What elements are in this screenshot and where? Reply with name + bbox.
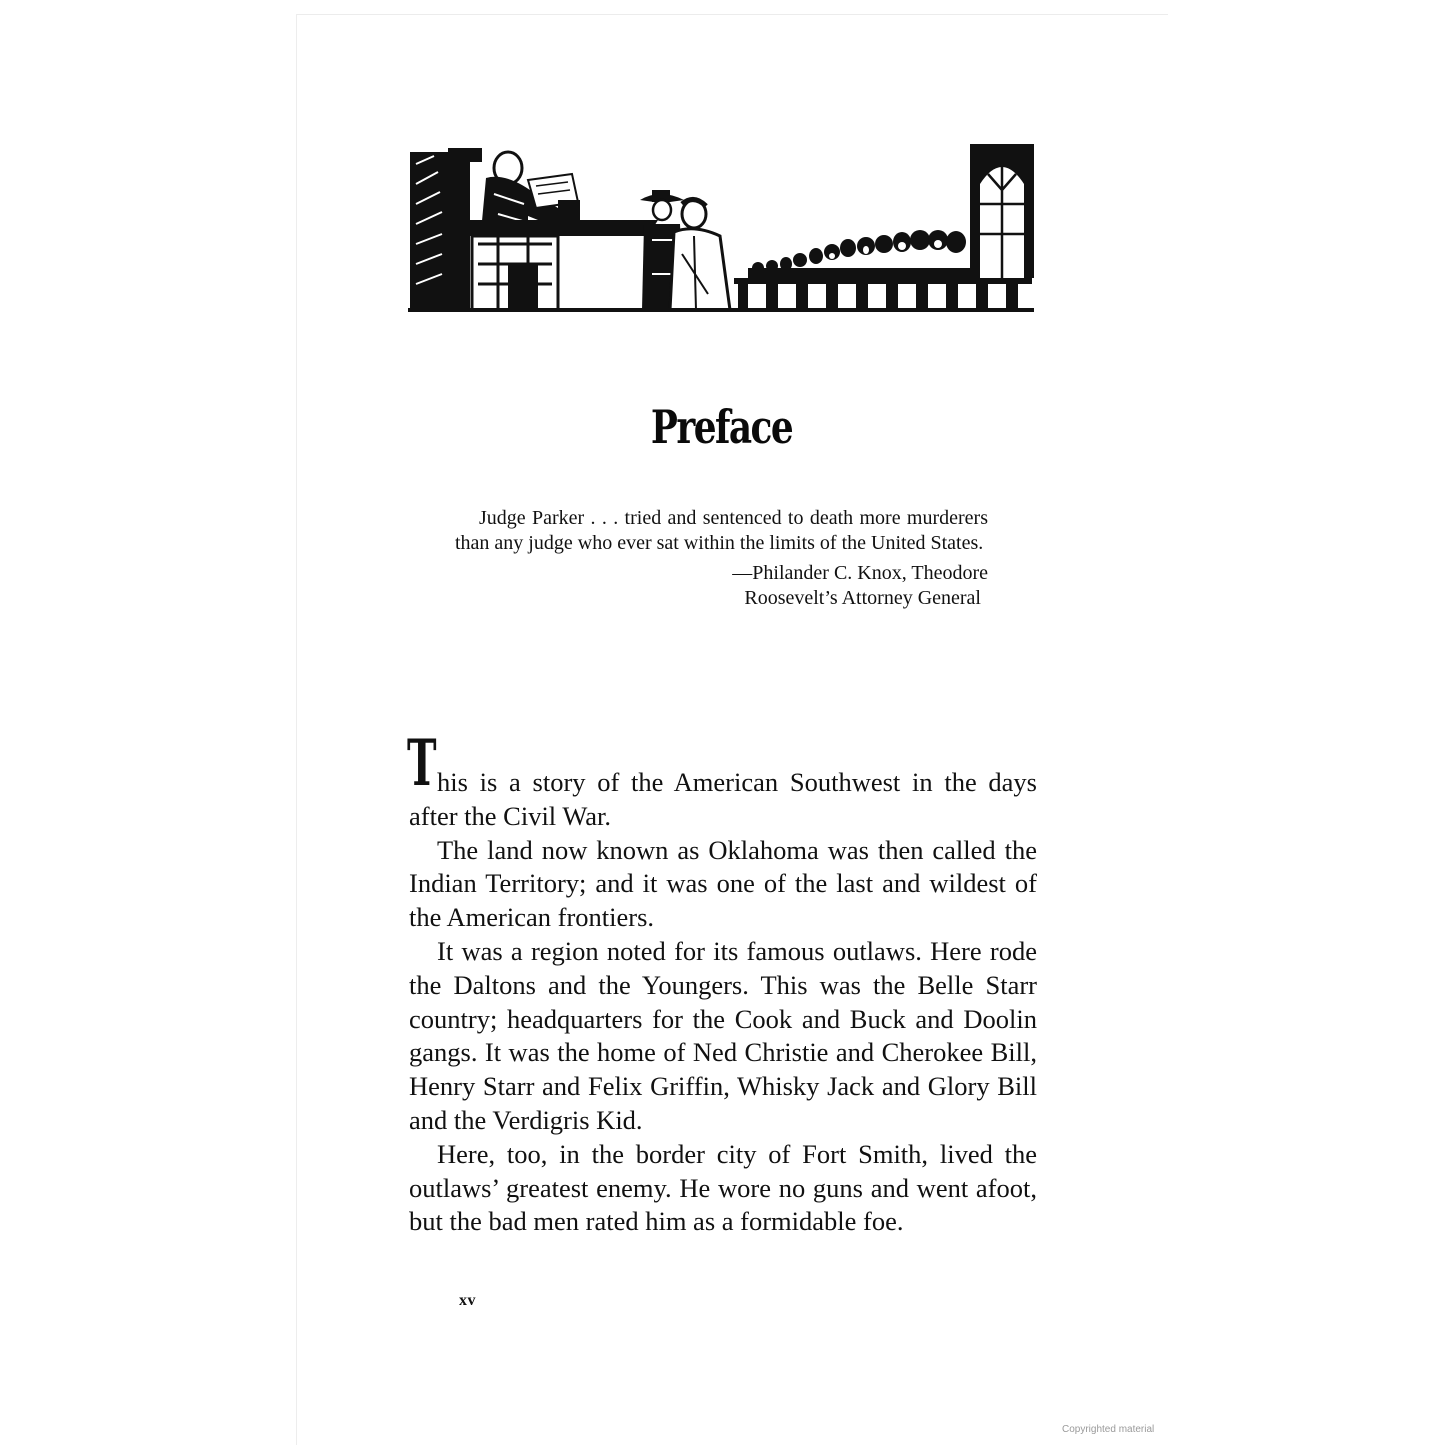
paragraph: Here, too, in the border city of Fort Sm… xyxy=(409,1138,1037,1239)
paragraph: The land now known as Oklahoma was then … xyxy=(409,834,1037,935)
attribution-line: —Philander C. Knox, Theodore xyxy=(455,561,988,586)
drop-cap: T xyxy=(407,738,423,794)
attribution-line: Roosevelt’s Attorney General xyxy=(455,586,988,611)
page-edge xyxy=(296,14,1168,15)
copyright-watermark: Copyrighted material xyxy=(1062,1424,1154,1435)
paragraph-text: his is a story of the American Southwest… xyxy=(409,767,1037,831)
page-title: Preface xyxy=(158,400,1285,454)
paragraph: This is a story of the American Southwes… xyxy=(409,766,1037,834)
epigraph-attribution: —Philander C. Knox, Theodore Roosevelt’s… xyxy=(455,561,988,610)
epigraph: Judge Parker . . . tried and sentenced t… xyxy=(455,506,988,610)
epigraph-quote: Judge Parker . . . tried and sentenced t… xyxy=(455,506,988,555)
body-text: This is a story of the American Southwes… xyxy=(409,766,1037,1239)
paragraph: It was a region noted for its famous out… xyxy=(409,935,1037,1138)
courtroom-illustration-icon xyxy=(408,144,1034,312)
page-edge xyxy=(296,14,297,1445)
page-number: xv xyxy=(459,1292,476,1310)
